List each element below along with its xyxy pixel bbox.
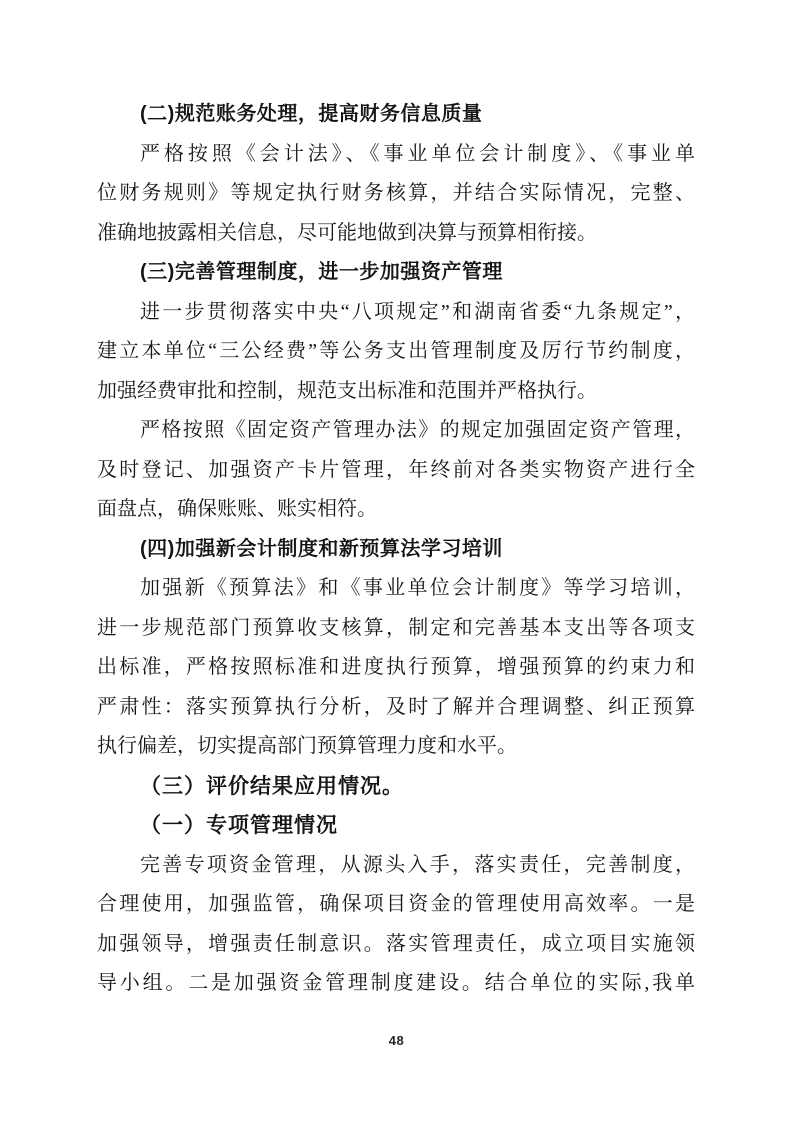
paragraph-line: 导小组。二是加强资金管理制度建设。结合单位的实际,我单 [97, 964, 695, 1004]
section-heading-2: (二)规范账务处理，提高财务信息质量 [97, 95, 695, 135]
paragraph-line: 执行偏差，切实提高部门预算管理力度和水平。 [97, 727, 695, 767]
section-heading-special-management: （一）专项管理情况 [97, 806, 695, 846]
text-content: (二)规范账务处理，提高财务信息质量 严格按照《会计法》、《事业单位会计制度》、… [97, 95, 695, 1004]
paragraph-line: 及时登记、加强资产卡片管理，年终前对各类实物资产进行全 [97, 451, 695, 491]
paragraph-line: 严格按照《会计法》、《事业单位会计制度》、《事业单 [97, 135, 695, 175]
paragraph-line: 位财务规则》等规定执行财务核算，并结合实际情况，完整、 [97, 174, 695, 214]
section-heading-eval-results: （三）评价结果应用情况。 [97, 767, 695, 807]
paragraph-line: 严格按照《固定资产管理办法》的规定加强固定资产管理， [97, 411, 695, 451]
section-heading-3: (三)完善管理制度，进一步加强资产管理 [97, 253, 695, 293]
paragraph-line: 合理使用，加强监管，确保项目资金的管理使用高效率。一是 [97, 885, 695, 925]
paragraph-line: 面盘点，确保账账、账实相符。 [97, 490, 695, 530]
document-page: (二)规范账务处理，提高财务信息质量 严格按照《会计法》、《事业单位会计制度》、… [0, 0, 793, 1122]
paragraph-line: 严肃性：落实预算执行分析，及时了解并合理调整、纠正预算 [97, 688, 695, 728]
paragraph-line: 加强经费审批和控制，规范支出标准和范围并严格执行。 [97, 372, 695, 412]
paragraph-line: 出标准，严格按照标准和进度执行预算，增强预算的约束力和 [97, 648, 695, 688]
paragraph-line: 进一步规范部门预算收支核算，制定和完善基本支出等各项支 [97, 609, 695, 649]
paragraph-line: 完善专项资金管理，从源头入手，落实责任，完善制度， [97, 846, 695, 886]
paragraph-line: 进一步贯彻落实中央“八项规定”和湖南省委“九条规定”， [97, 293, 695, 333]
paragraph-line: 加强新《预算法》和《事业单位会计制度》等学习培训， [97, 569, 695, 609]
section-heading-4: (四)加强新会计制度和新预算法学习培训 [97, 530, 695, 570]
paragraph-line: 建立本单位“三公经费”等公务支出管理制度及厉行节约制度， [97, 332, 695, 372]
paragraph-line: 准确地披露相关信息，尽可能地做到决算与预算相衔接。 [97, 214, 695, 254]
paragraph-line: 加强领导，增强责任制意识。落实管理责任，成立项目实施领 [97, 925, 695, 965]
page-number: 48 [0, 1033, 793, 1048]
